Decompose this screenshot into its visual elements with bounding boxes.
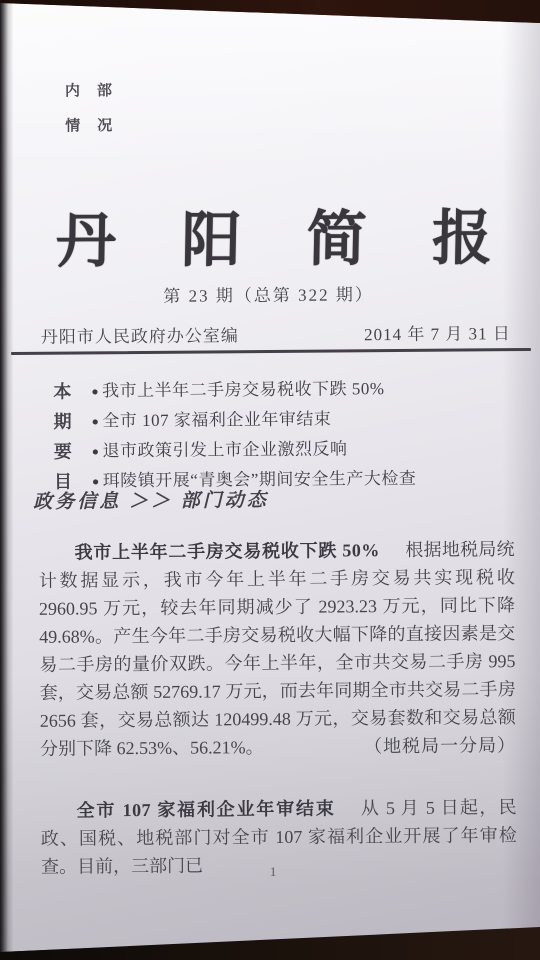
page-number: 1 xyxy=(3,862,540,882)
paper-left-edge-shadow xyxy=(0,3,8,952)
publish-date: 2014 年 7 月 31 日 xyxy=(364,319,511,345)
header-rule xyxy=(11,348,531,355)
article-paragraph: 我市上半年二手房交易税收下跌 50%根据地税局统计数据显示，我市今年上半年二手房… xyxy=(38,535,516,763)
masthead-title: 丹 阳 简 报 xyxy=(55,190,493,279)
article-byline: （地税局一分局） xyxy=(328,731,516,760)
classification-label: 内部 情况 xyxy=(65,74,130,145)
classification-line-1: 内部 xyxy=(65,74,129,110)
section-heading: 政务信息 ＞＞ 部门动态 xyxy=(33,485,269,514)
toc-label-char-2: 期 xyxy=(49,407,75,437)
toc-item-text: 我市上半年二手房交易税收下跌 50% xyxy=(102,379,385,400)
article-body: 根据地税局统计数据显示，我市今年上半年二手房交易共实现税收 2960.95 万元… xyxy=(39,539,516,759)
toc-item-text: 退市政策引发上市企业激烈反响 xyxy=(102,439,347,460)
article-area: 我市上半年二手房交易税收下跌 50%根据地税局统计数据显示，我市今年上半年二手房… xyxy=(38,535,517,881)
masthead-char-4: 报 xyxy=(431,190,493,276)
document-page: 内部 情况 丹 阳 简 报 第 23 期（总第 322 期） 丹阳市人民政府办公… xyxy=(0,0,540,960)
issue-number: 第 23 期（总第 322 期） xyxy=(0,279,539,308)
document-photo: 内部 情况 丹 阳 简 报 第 23 期（总第 322 期） 丹阳市人民政府办公… xyxy=(0,0,540,960)
page-content: 内部 情况 丹 阳 简 报 第 23 期（总第 322 期） 丹阳市人民政府办公… xyxy=(0,0,540,960)
toc-label-char-1: 本 xyxy=(49,377,75,407)
table-of-contents: 本 期 要 目 ●我市上半年二手房交易税收下跌 50% ●全市 107 家福利企… xyxy=(49,373,526,497)
toc-label-char-3: 要 xyxy=(50,437,76,467)
bullet-icon: ● xyxy=(91,414,99,428)
masthead-char-2: 阳 xyxy=(181,192,243,278)
toc-vertical-label: 本 期 要 目 xyxy=(49,377,76,497)
bullet-icon: ● xyxy=(92,444,100,458)
toc-item-list: ●我市上半年二手房交易税收下跌 50% ●全市 107 家福利企业年审结束 ●退… xyxy=(91,374,416,497)
masthead-char-1: 丹 xyxy=(55,193,117,279)
article-title: 我市上半年二手房交易税收下跌 50% xyxy=(74,540,379,562)
masthead-char-3: 简 xyxy=(306,191,368,277)
bullet-icon: ● xyxy=(91,384,99,398)
publication-row: 丹阳市人民政府办公室编 2014 年 7 月 31 日 xyxy=(41,319,511,348)
toc-item: ●我市上半年二手房交易税收下跌 50% xyxy=(91,374,416,407)
toc-item-text: 全市 107 家福利企业年审结束 xyxy=(102,410,331,431)
article-title: 全市 107 家福利企业年审结束 xyxy=(77,798,336,820)
classification-line-2: 情况 xyxy=(65,109,129,145)
editor-label: 丹阳市人民政府办公室编 xyxy=(41,321,239,348)
toc-item: ●退市政策引发上市企业激烈反响 xyxy=(92,434,417,467)
toc-item: ●全市 107 家福利企业年审结束 xyxy=(91,404,416,437)
